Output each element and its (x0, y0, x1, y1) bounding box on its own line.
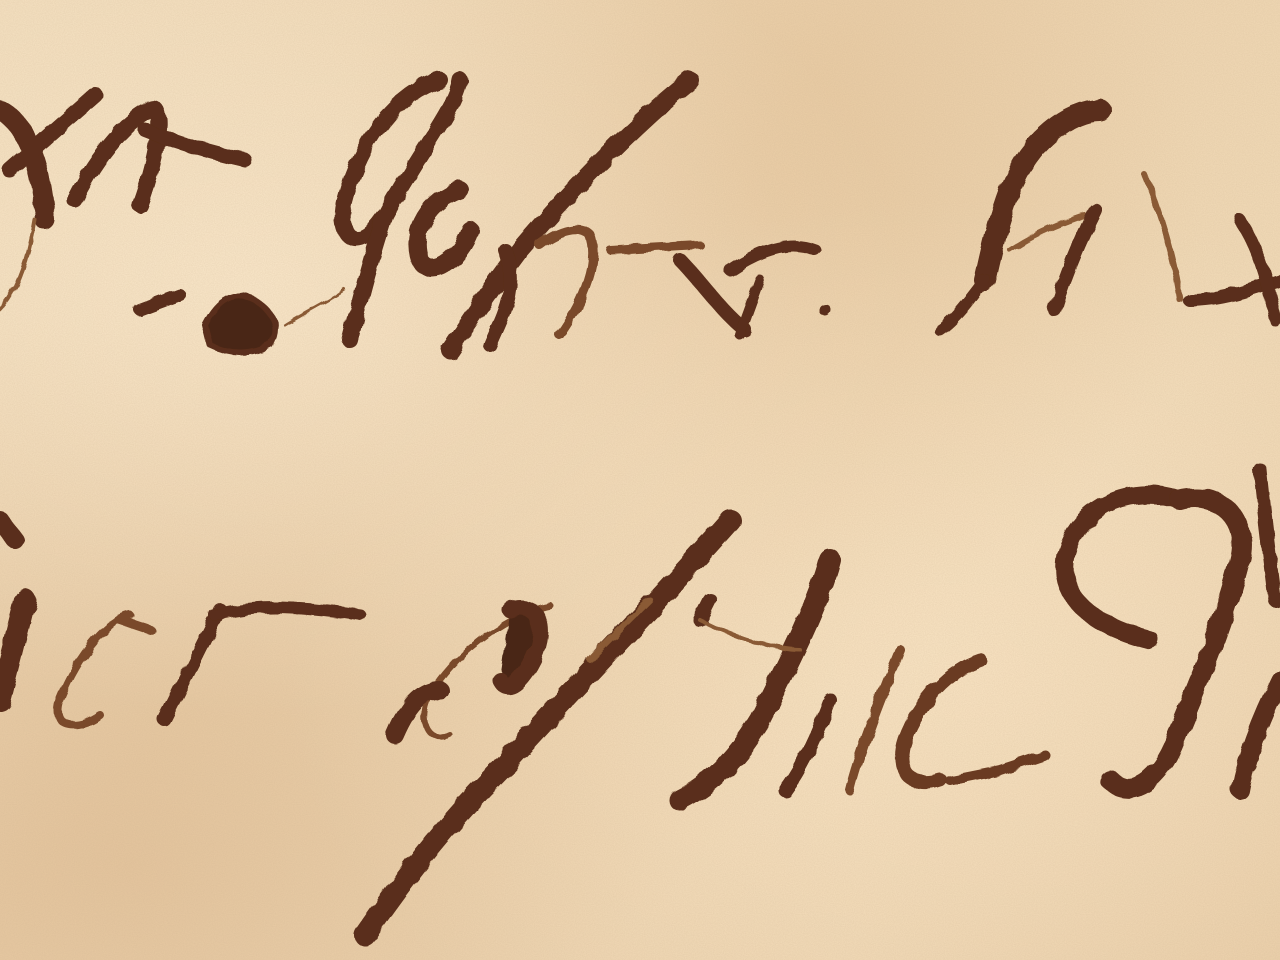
handwriting (0, 0, 1280, 960)
line-2-ink (0, 470, 1280, 935)
line-1-ink (0, 80, 1280, 353)
manuscript-photo: …ter John Mo… …or of the Med… (0, 0, 1280, 960)
